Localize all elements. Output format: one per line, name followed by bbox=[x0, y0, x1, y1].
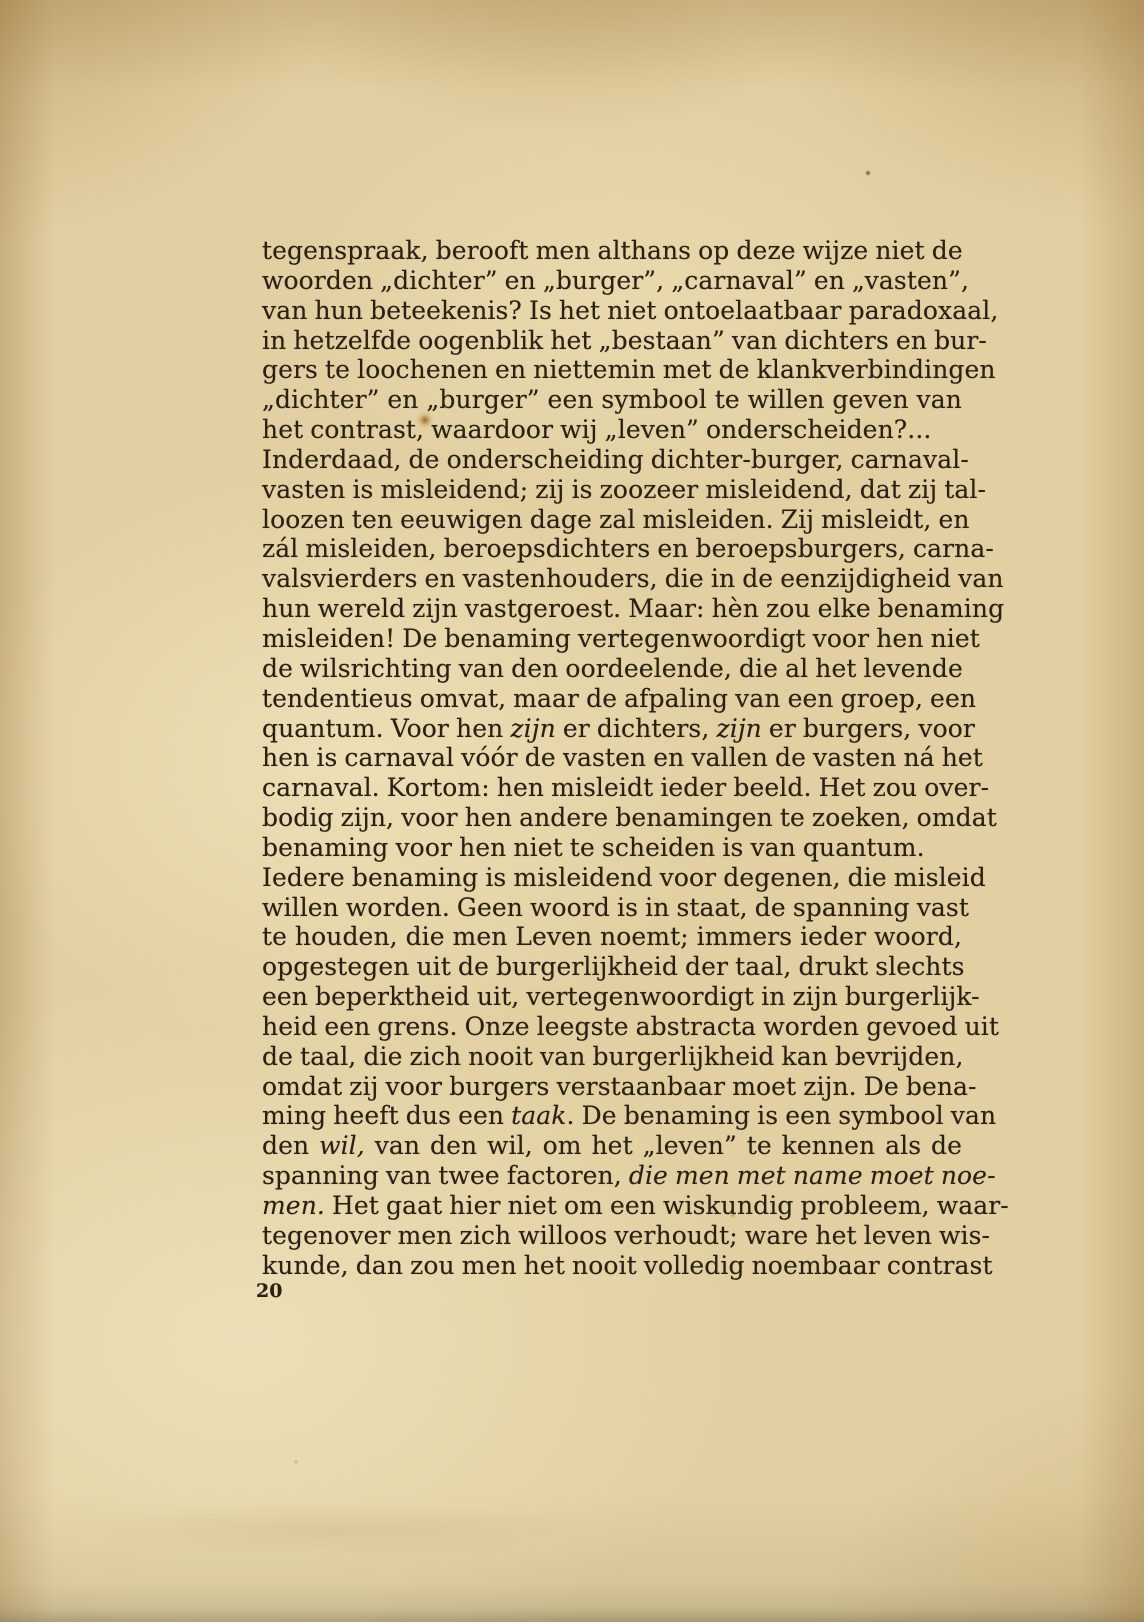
text-line: tegenover men zich willoos verhoudt; war… bbox=[262, 1221, 962, 1251]
text-line: hen is carnaval vóór de vasten en vallen… bbox=[262, 743, 962, 773]
text-line: men. Het gaat hier niet om een wiskundig… bbox=[262, 1191, 962, 1221]
text-line: de taal, die zich nooit van burgerlijkhe… bbox=[262, 1042, 962, 1072]
text-line: tegenspraak, berooft men althans op deze… bbox=[262, 236, 962, 266]
text-line: den wil, van den wil, om het „leven” te … bbox=[262, 1131, 962, 1161]
text-line: Inderdaad, de onderscheiding dichter-bur… bbox=[262, 445, 962, 475]
text-line: willen worden. Geen woord is in staat, d… bbox=[262, 893, 962, 923]
text-line: quantum. Voor hen zijn er dichters, zijn… bbox=[262, 714, 962, 744]
text-line: van hun beteekenis? Is het niet ontoelaa… bbox=[262, 296, 962, 326]
page-number: 20 bbox=[256, 1280, 282, 1302]
text-line: vasten is misleidend; zij is zoozeer mis… bbox=[262, 475, 962, 505]
text-line: in hetzelfde oogenblik het „bestaan” van… bbox=[262, 326, 962, 356]
text-line: benaming voor hen niet te scheiden is va… bbox=[262, 833, 962, 863]
book-page: tegenspraak, berooft men althans op deze… bbox=[0, 0, 1144, 1622]
text-line: omdat zij voor burgers verstaanbaar moet… bbox=[262, 1072, 962, 1102]
text-line: bodig zijn, voor hen andere benamingen t… bbox=[262, 803, 962, 833]
text-line: zál misleiden, beroepsdichters en beroep… bbox=[262, 534, 962, 564]
text-line: gers te loochenen en niettemin met de kl… bbox=[262, 355, 962, 385]
text-line: het contrast, waardoor wij „leven” onder… bbox=[262, 415, 962, 445]
text-line: te houden, die men Leven noemt; immers i… bbox=[262, 922, 962, 952]
text-line: woorden „dichter” en „burger”, „carnaval… bbox=[262, 266, 962, 296]
text-line: opgestegen uit de burgerlijkheid der taa… bbox=[262, 952, 962, 982]
text-line: Iedere benaming is misleidend voor degen… bbox=[262, 863, 962, 893]
text-line: de wilsrichting van den oordeelende, die… bbox=[262, 654, 962, 684]
text-line: misleiden! De benaming vertegenwoordigt … bbox=[262, 624, 962, 654]
text-line: een beperktheid uit, vertegenwoordigt in… bbox=[262, 982, 962, 1012]
text-line: carnaval. Kortom: hen misleidt ieder bee… bbox=[262, 773, 962, 803]
page-text: tegenspraak, berooft men althans op deze… bbox=[262, 236, 962, 1281]
text-line: spanning van twee factoren, die men met … bbox=[262, 1161, 962, 1191]
text-line: valsvierders en vastenhouders, die in de… bbox=[262, 564, 962, 594]
text-line: tendentieus omvat, maar de afpaling van … bbox=[262, 684, 962, 714]
text-line: „dichter” en „burger” een symbool te wil… bbox=[262, 385, 962, 415]
text-line: ming heeft dus een taak. De benaming is … bbox=[262, 1101, 962, 1131]
text-line: heid een grens. Onze leegste abstracta w… bbox=[262, 1012, 962, 1042]
text-line: hun wereld zijn vastgeroest. Maar: hèn z… bbox=[262, 594, 962, 624]
text-line: loozen ten eeuwigen dage zal misleiden. … bbox=[262, 505, 962, 535]
text-line: kunde, dan zou men het nooit volledig no… bbox=[262, 1251, 962, 1281]
